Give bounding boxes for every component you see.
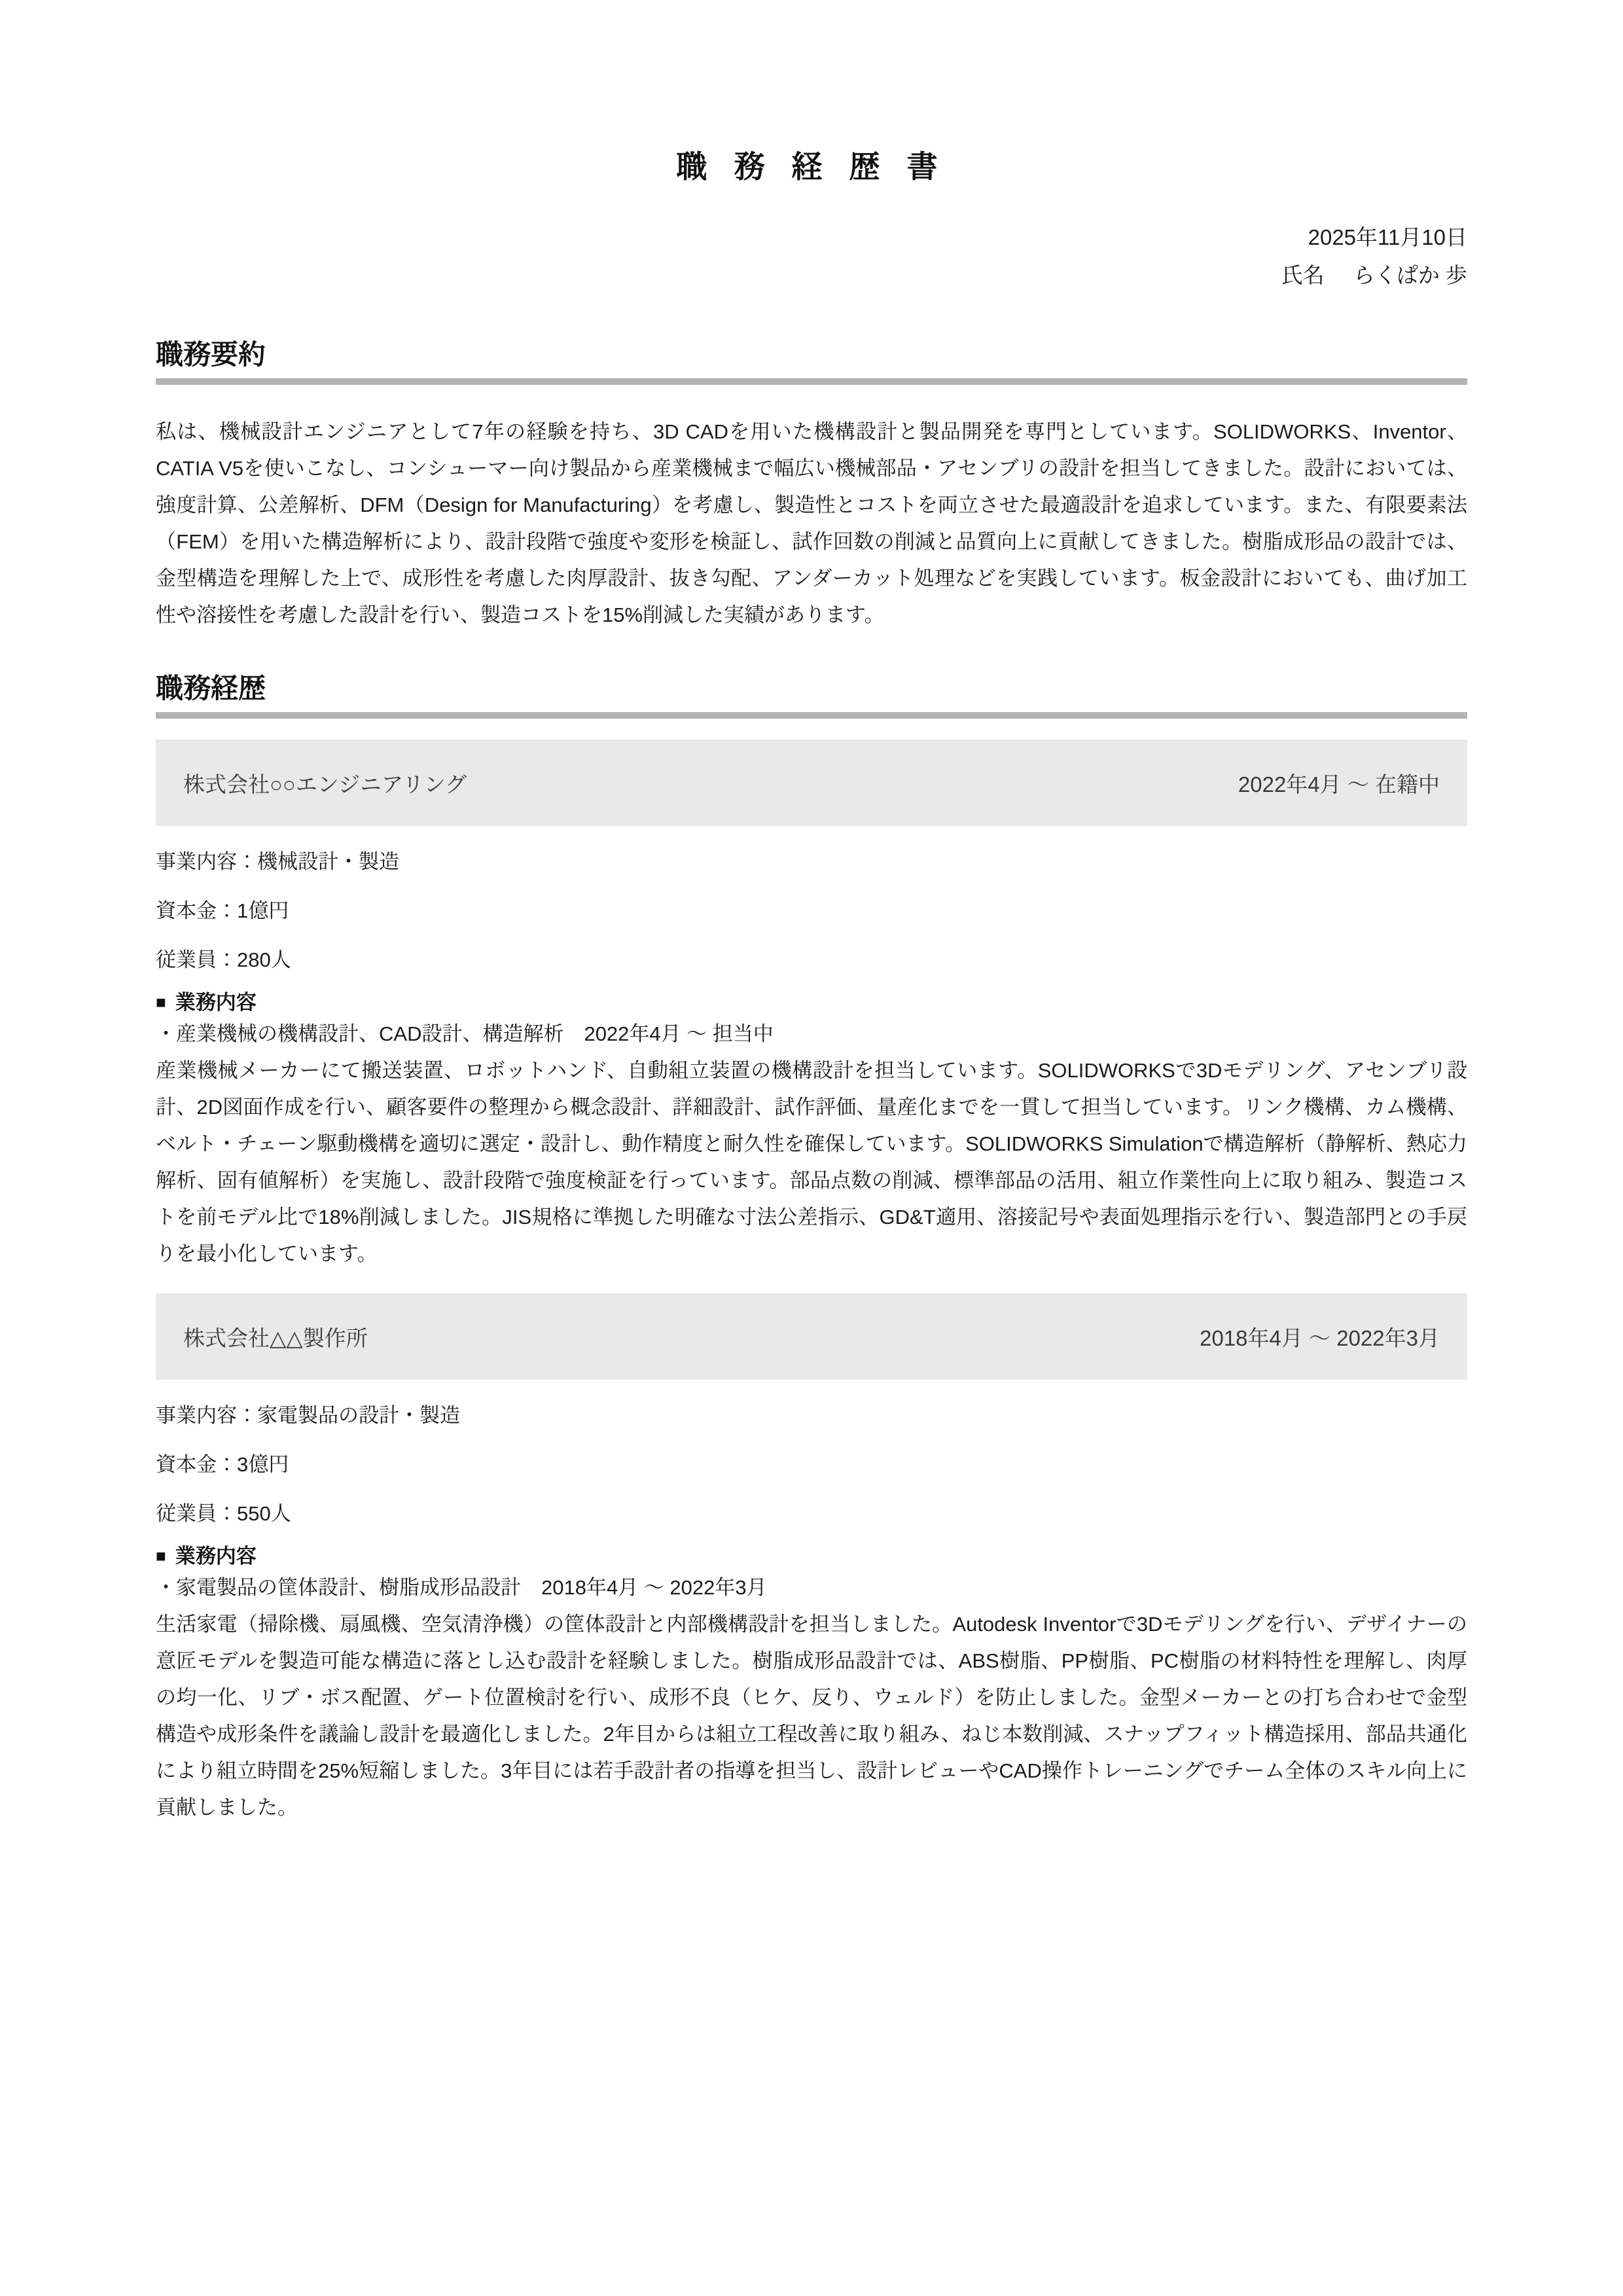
document-meta: 2025年11月10日 氏名らくぱか 歩 xyxy=(156,219,1467,295)
company-period: 2022年4月 ～ 在籍中 xyxy=(1238,768,1440,798)
resume-page: 職 務 経 歴 書 2025年11月10日 氏名らくぱか 歩 職務要約 私は、機… xyxy=(0,0,1623,2296)
duties-heading-label: 業務内容 xyxy=(175,991,257,1014)
duties-heading-label: 業務内容 xyxy=(175,1545,257,1568)
company-employees: 従業員：550人 xyxy=(156,1501,1467,1526)
name-value: らくぱか 歩 xyxy=(1353,263,1467,287)
company-name: 株式会社○○エンジニアリング xyxy=(183,768,467,798)
document-date: 2025年11月10日 xyxy=(156,219,1467,257)
square-bullet-icon: ■ xyxy=(156,992,166,1012)
history-heading: 職務経歴 xyxy=(156,673,1467,704)
company-capital: 資本金：1億円 xyxy=(156,899,1467,924)
duties-heading-2: ■業務内容 xyxy=(156,1541,1467,1571)
role-line-1: ・産業機械の機構設計、CAD設計、構造解析 2022年4月 ～ 担当中 xyxy=(156,1018,1467,1050)
company-business: 事業内容：機械設計・製造 xyxy=(156,850,1467,874)
history-divider xyxy=(156,712,1467,719)
summary-body: 私は、機械設計エンジニアとして7年の経験を持ち、3D CADを用いた機構設計と製… xyxy=(156,414,1467,634)
page-content: 職 務 経 歴 書 2025年11月10日 氏名らくぱか 歩 職務要約 私は、機… xyxy=(156,149,1467,1826)
duties-heading-1: ■業務内容 xyxy=(156,987,1467,1018)
company-description-2: 生活家電（掃除機、扇風機、空気清浄機）の筐体設計と内部機構設計を担当しました。A… xyxy=(156,1606,1467,1826)
company-header-1: 株式会社○○エンジニアリング 2022年4月 ～ 在籍中 xyxy=(156,740,1467,826)
company-period: 2018年4月 ～ 2022年3月 xyxy=(1200,1321,1440,1352)
company-description-1: 産業機械メーカーにて搬送装置、ロボットハンド、自動組立装置の機構設計を担当してい… xyxy=(156,1052,1467,1272)
name-label: 氏名 xyxy=(1281,263,1325,287)
applicant-name-line: 氏名らくぱか 歩 xyxy=(156,257,1467,295)
company-header-2: 株式会社△△製作所 2018年4月 ～ 2022年3月 xyxy=(156,1293,1467,1380)
square-bullet-icon: ■ xyxy=(156,1546,166,1566)
document-title: 職 務 経 歴 書 xyxy=(156,149,1467,185)
summary-divider xyxy=(156,378,1467,385)
summary-heading: 職務要約 xyxy=(156,339,1467,370)
company-employees: 従業員：280人 xyxy=(156,948,1467,973)
company-business: 事業内容：家電製品の設計・製造 xyxy=(156,1403,1467,1428)
company-capital: 資本金：3億円 xyxy=(156,1452,1467,1477)
role-line-2: ・家電製品の筐体設計、樹脂成形品設計 2018年4月 ～ 2022年3月 xyxy=(156,1571,1467,1604)
company-name: 株式会社△△製作所 xyxy=(183,1321,368,1352)
